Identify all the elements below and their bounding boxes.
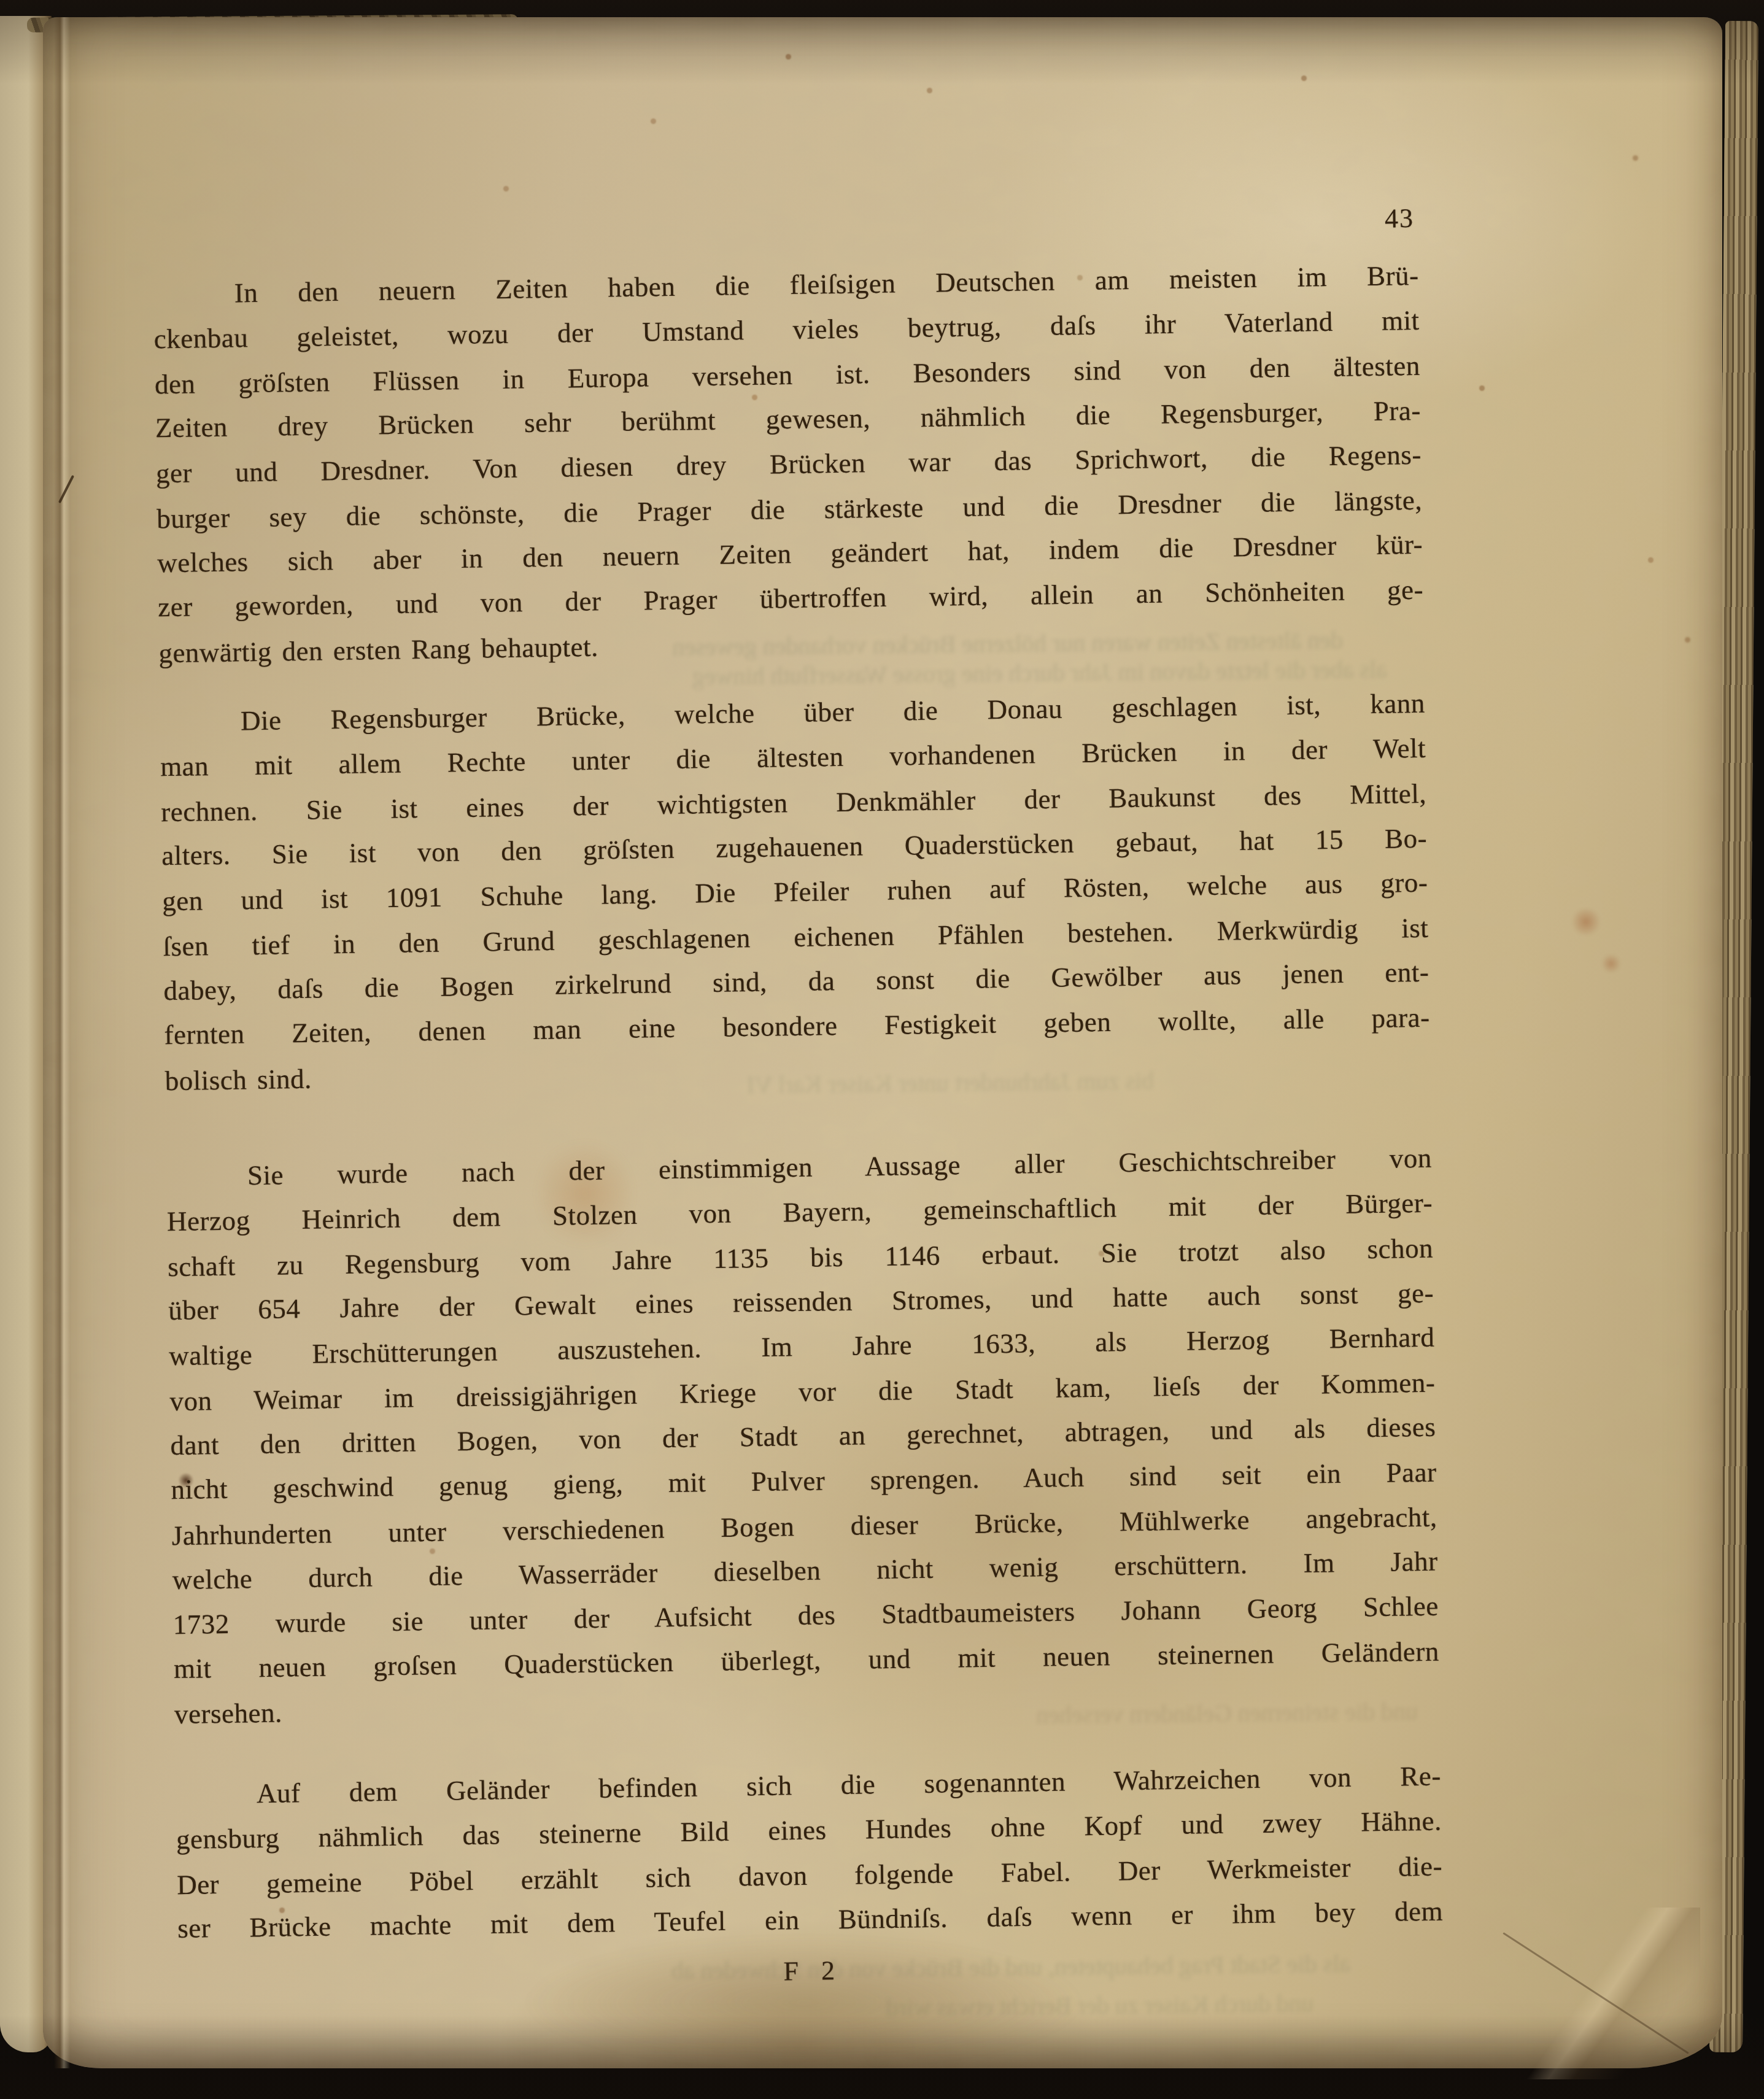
book-page: den ältesten Zeiten waren nur hölzerne B… — [43, 17, 1722, 2068]
stain — [1570, 908, 1602, 935]
text-block: 43 In den neuern Zeiten haben die fleiſs… — [153, 253, 1444, 2003]
body-text: In den neuern Zeiten haben die fleiſsige… — [153, 253, 1443, 1952]
paragraph: Auf dem Geländer befinden sich die sogen… — [175, 1754, 1443, 1952]
margin-mark — [58, 475, 74, 503]
paragraph: Sie wurde nach der einstimmigen Aussage … — [166, 1136, 1441, 1737]
dogear-crease-sheen — [1504, 1908, 1700, 2079]
paragraph: Die Regensburger Brücke, welche über die… — [160, 681, 1431, 1104]
scanned-book-photo: den ältesten Zeiten waren nur hölzerne B… — [0, 0, 1764, 2099]
page-number: 43 — [1385, 196, 1415, 241]
dogear-crease-line — [1503, 1932, 1689, 2054]
stain — [1601, 954, 1622, 973]
paragraph: In den neuern Zeiten haben die fleiſsige… — [153, 253, 1425, 676]
gutter-crease — [54, 17, 70, 2068]
